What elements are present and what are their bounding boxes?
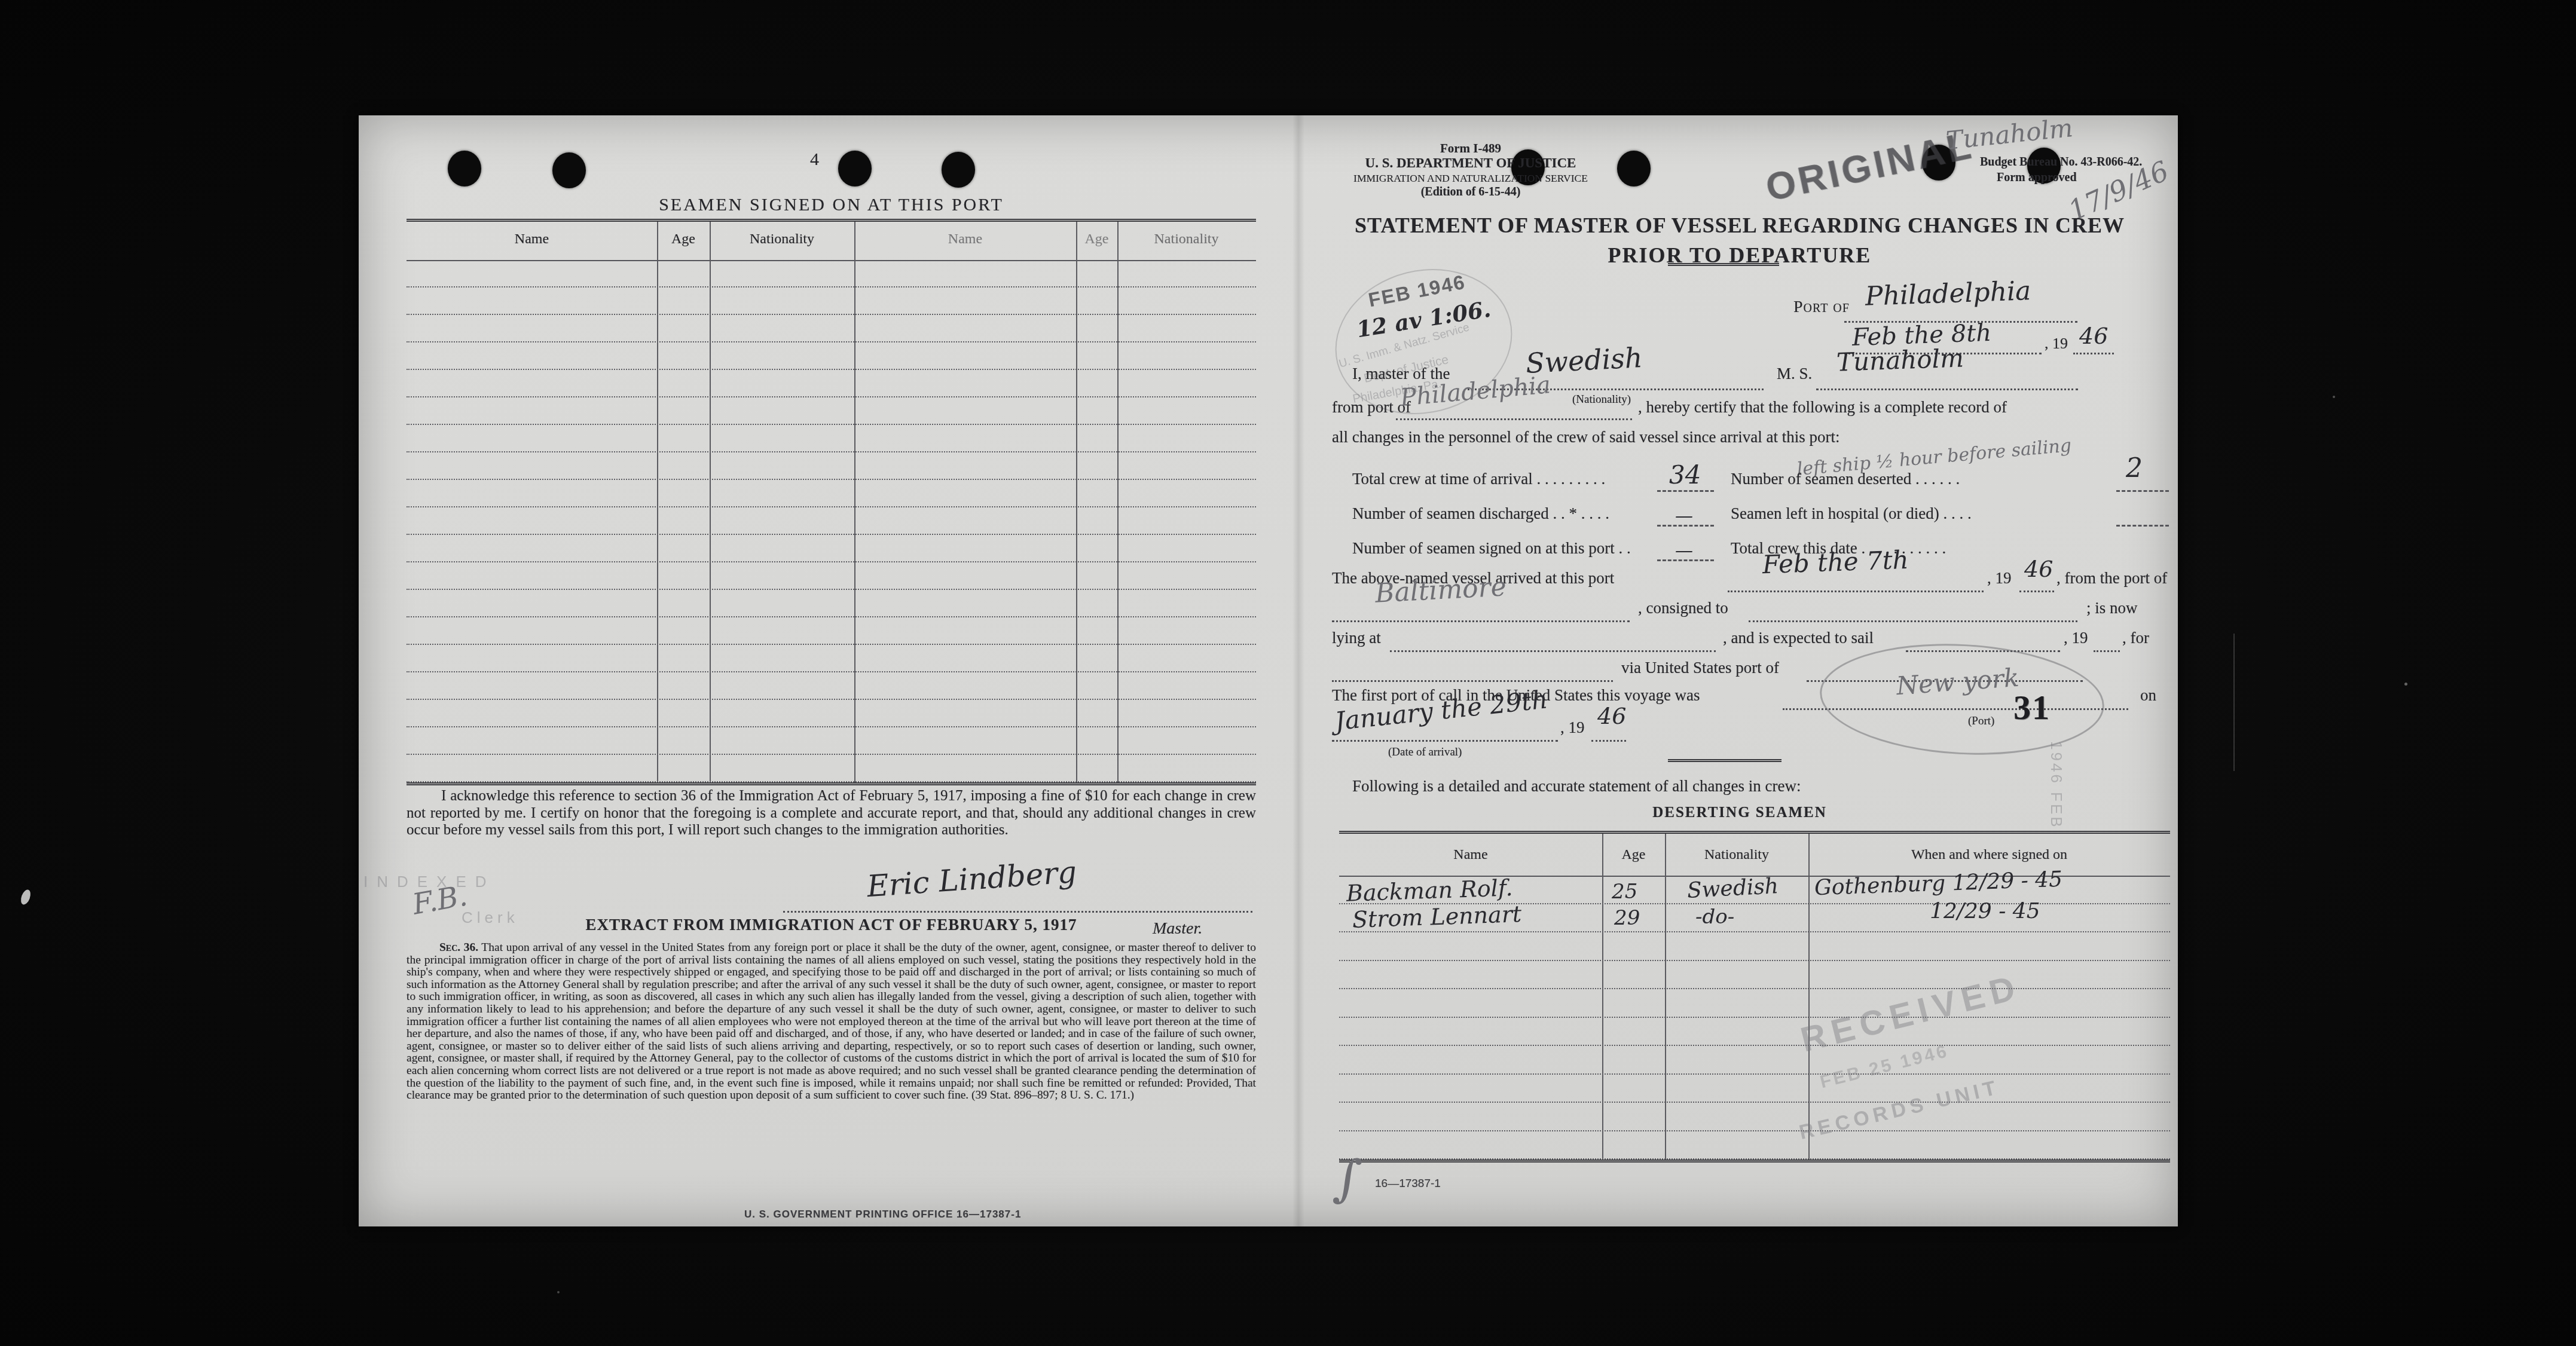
ruled-row (1339, 1046, 2170, 1075)
col-header-age: Age (1076, 231, 1117, 247)
ruled-row (407, 755, 1256, 782)
ruled-row (1339, 961, 2170, 990)
microfilm-scan: 4 SEAMEN SIGNED ON AT THIS PORT Name Age… (0, 0, 2576, 1346)
seamen-signed-title: SEAMEN SIGNED ON AT THIS PORT (407, 195, 1256, 215)
punch-hole (1617, 151, 1651, 186)
stat-signed-on: Number of seamen signed on at this port … (1352, 539, 1631, 558)
ruled-row (407, 315, 1256, 342)
vessel-line (1816, 388, 2078, 390)
page-stamp-31: 31 (2013, 687, 2051, 727)
stat-value-line (1657, 490, 1714, 492)
col-header-age: Age (1602, 847, 1665, 863)
form-approved-line: Form approved (1997, 171, 2077, 185)
signature-line (783, 911, 1252, 913)
stat-seamen-discharged: Number of seamen discharged . . * . . . … (1352, 504, 1609, 523)
service-name: IMMIGRATION AND NATURALIZATION SERVICE (1321, 172, 1620, 185)
ruled-row (1339, 1103, 2170, 1131)
from-port-label: from port of (1332, 398, 1411, 417)
page-seam (1292, 115, 1304, 1226)
col-header-name: Name (407, 231, 657, 247)
punch-hole (552, 152, 586, 188)
from-port-name-line (1332, 620, 1630, 622)
year-19-prefix: , 19 (2045, 335, 2068, 353)
date-arrival-caption: (Date of arrival) (1388, 746, 1462, 759)
extract-paragraph: Sec. 36. That upon arrival of any vessel… (407, 942, 1256, 1102)
sail-year-line (2094, 650, 2120, 652)
col-header-nationality: Nationality (1117, 231, 1255, 247)
sail-year-19: , 19 (2064, 629, 2088, 647)
first-port-year-line (1591, 740, 1626, 742)
col-header-nationality: Nationality (1665, 847, 1808, 863)
ruled-row (407, 645, 1256, 672)
ruled-row (407, 507, 1256, 535)
punch-hole (942, 152, 975, 188)
handwritten-signed-on-value: — (1675, 540, 1693, 561)
master-prefix: I, master of the (1352, 365, 1450, 383)
seamen-signed-table: Name Age Nationality Name Age Nationalit… (407, 219, 1256, 785)
first-port-year-19: , 19 (1560, 718, 1585, 737)
ms-label: M. S. (1777, 365, 1812, 383)
col-header-name: Name (1339, 847, 1602, 863)
ruled-row (1339, 932, 2170, 961)
following-line: Following is a detailed and accurate sta… (1352, 777, 1801, 796)
year-line (2073, 353, 2114, 354)
ruled-row (407, 452, 1256, 480)
ruled-row (1339, 1075, 2170, 1103)
ruled-row (407, 370, 1256, 397)
film-scratch (2233, 634, 2235, 771)
film-speck (557, 1291, 560, 1293)
form-title-line1: STATEMENT OF MASTER OF VESSEL REGARDING … (1309, 213, 2170, 238)
ruled-row (1339, 989, 2170, 1018)
lying-at-label: lying at (1332, 629, 1381, 647)
destination-line (1332, 680, 1613, 682)
empty-rows-area (407, 260, 1256, 782)
ruled-row (407, 672, 1256, 700)
arrived-date-line (1728, 591, 1984, 592)
title-rule (1668, 263, 1779, 266)
form-footer-number: 16—17387-1 (1375, 1177, 1441, 1191)
extract-title: EXTRACT FROM IMMIGRATION ACT OF FEBRUARY… (407, 916, 1256, 934)
crew-row-age: 29 (1614, 906, 1640, 930)
arrived-suffix: , from the port of (2056, 569, 2167, 588)
port-caption: (Port) (1968, 715, 1994, 728)
ruled-row (1339, 1018, 2170, 1047)
mid-rule (1668, 759, 1781, 762)
is-now-label: ; is now (2086, 599, 2138, 617)
all-changes-line: all changes in the personnel of the crew… (1332, 428, 1839, 446)
port-of-label: Port of (1793, 298, 1850, 317)
film-speck (2333, 396, 2335, 398)
handwritten-deserted-value: 2 (2126, 453, 2143, 484)
ruled-row (407, 590, 1256, 617)
col-header-nationality: Nationality (710, 231, 854, 247)
punch-hole (448, 151, 481, 186)
crew-row-nationality: Swedish (1686, 874, 1779, 903)
gpo-footer: U. S. GOVERNMENT PRINTING OFFICE 16—1738… (744, 1209, 1021, 1220)
for-label: , for (2122, 629, 2149, 647)
form-number: Form I-489 (1339, 141, 1602, 156)
extract-body: That upon arrival of any vessel in the U… (407, 941, 1256, 1102)
on-label: on (2140, 686, 2156, 705)
page-number: 4 (810, 149, 819, 170)
ruled-row (407, 700, 1256, 727)
handwritten-total-crew: 34 (1669, 460, 1701, 490)
ruled-row (407, 727, 1256, 755)
from-port-line (1396, 418, 1632, 420)
crew-row-age: 25 (1612, 880, 1637, 904)
ruled-row (407, 260, 1256, 287)
ruled-row (407, 397, 1256, 425)
section-label: Sec. 36. (439, 941, 478, 954)
nationality-caption: (Nationality) (1572, 393, 1631, 406)
stat-seamen-deserted: Number of seamen deserted . . . . . . (1731, 470, 1960, 488)
consigned-label: , consigned to (1638, 599, 1728, 617)
ruled-row (407, 617, 1256, 645)
film-speck (19, 888, 32, 906)
stat-value-line (2116, 490, 2169, 492)
stat-left-hospital: Seamen left in hospital (or died) . . . … (1731, 504, 1972, 523)
handwritten-discharged-value: — (1675, 506, 1693, 527)
certify-suffix: , hereby certify that the following is a… (1638, 398, 2007, 417)
department-name: U. S. DEPARTMENT OF JUSTICE (1327, 155, 1614, 171)
handwritten-year: 46 (2079, 323, 2108, 349)
film-speck (2404, 683, 2407, 686)
handwritten-first-port-year: 46 (1597, 703, 1626, 729)
lying-at-line (1390, 650, 1716, 652)
ruled-row (407, 342, 1256, 370)
col-header-signed-on: When and where signed on (1808, 847, 2170, 863)
consigned-line (1749, 620, 2077, 622)
punch-hole (838, 151, 872, 186)
crew-row-signed-on: 12/29 - 45 (1930, 899, 2040, 923)
via-label: via United States port of (1621, 659, 1779, 677)
crew-row-nationality: -do- (1695, 905, 1734, 929)
ruled-row (407, 562, 1256, 590)
ruled-row (407, 425, 1256, 452)
ruled-row (1339, 1131, 2170, 1160)
handwritten-vessel: Tunaholm (1836, 343, 1964, 377)
col-header-age: Age (657, 231, 710, 247)
handwritten-arrived-date: Feb the 7th (1762, 545, 1909, 580)
edition-line: (Edition of 6-15-44) (1339, 185, 1602, 199)
expected-sail-label: , and is expected to sail (1723, 629, 1874, 647)
stat-total-crew-arrival: Total crew at time of arrival . . . . . … (1352, 470, 1605, 488)
stat-value-line (2116, 525, 2169, 527)
arrived-year-line (2019, 591, 2054, 592)
ruled-row (407, 480, 1256, 507)
ruled-row (407, 535, 1256, 562)
handwritten-port: Philadelphia (1865, 276, 2031, 312)
ruled-row (407, 287, 1256, 315)
first-port-date-line (1332, 740, 1558, 742)
deserting-seamen-title: DESERTING SEAMEN (1309, 804, 2170, 821)
arrived-year-19: , 19 (1987, 569, 2012, 588)
acknowledgment-paragraph: I acknowledge this reference to section … (407, 788, 1256, 839)
handwritten-arrived-year: 46 (2024, 556, 2053, 582)
col-header-name: Name (854, 231, 1076, 247)
